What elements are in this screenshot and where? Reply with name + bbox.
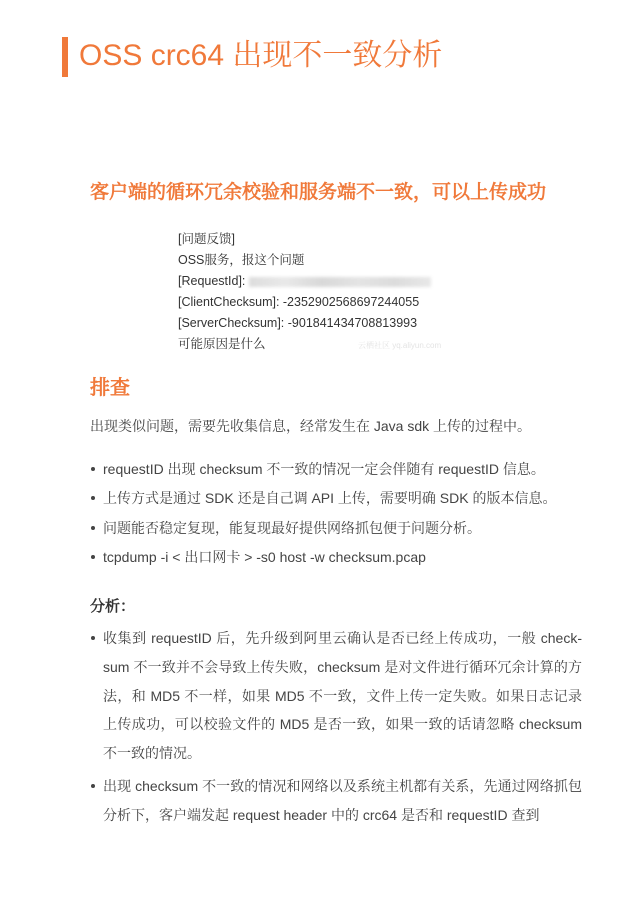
investigation-heading: 排查 xyxy=(90,374,130,402)
watermark: 云栖社区 yq.aliyun.com xyxy=(358,340,441,351)
investigation-list: requestID 出现 checksum 不一致的情况一定会伴随有 reque… xyxy=(90,457,556,574)
list-item: 收集到 requestID 后，先升级到阿里云确认是否已经上传成功，一般 che… xyxy=(90,624,582,768)
analysis-list: 收集到 requestID 后，先升级到阿里云确认是否已经上传成功，一般 che… xyxy=(90,624,582,834)
title-accent-bar xyxy=(62,37,68,77)
list-item: requestID 出现 checksum 不一致的情况一定会伴随有 reque… xyxy=(90,457,556,481)
section-subtitle: 客户端的循环冗余校验和服务端不一致，可以上传成功 xyxy=(90,180,546,206)
embed-line-server-checksum: [ServerChecksum]: -901841434708813993 xyxy=(178,314,417,332)
analysis-heading: 分析： xyxy=(90,596,135,618)
list-item: 问题能否稳定复现，能复现最好提供网络抓包便于问题分析。 xyxy=(90,516,556,540)
embed-line-request-id: [RequestId]: xyxy=(178,272,431,290)
embed-line-question: 可能原因是什么 xyxy=(178,335,266,353)
request-id-label: [RequestId]: xyxy=(178,274,245,288)
page-title: OSS crc64 出现不一致分析 xyxy=(79,35,442,77)
list-item: tcpdump -i < 出口网卡 > -s0 host -w checksum… xyxy=(90,545,556,569)
embed-line-oss-service: OSS服务，报这个问题 xyxy=(178,251,304,269)
redacted-request-id xyxy=(249,277,431,287)
embedded-screenshot: [问题反馈] OSS服务，报这个问题 [RequestId]: [ClientC… xyxy=(178,230,468,354)
investigation-intro: 出现类似问题，需要先收集信息，经常发生在 Java sdk 上传的过程中。 xyxy=(90,414,531,438)
list-item: 上传方式是通过 SDK 还是自己调 API 上传，需要明确 SDK 的版本信息。 xyxy=(90,486,556,510)
list-item: 出现 checksum 不一致的情况和网络以及系统主机都有关系，先通过网络抓包分… xyxy=(90,772,582,830)
embed-line-client-checksum: [ClientChecksum]: -2352902568697244055 xyxy=(178,293,419,311)
embed-line-feedback: [问题反馈] xyxy=(178,230,235,248)
